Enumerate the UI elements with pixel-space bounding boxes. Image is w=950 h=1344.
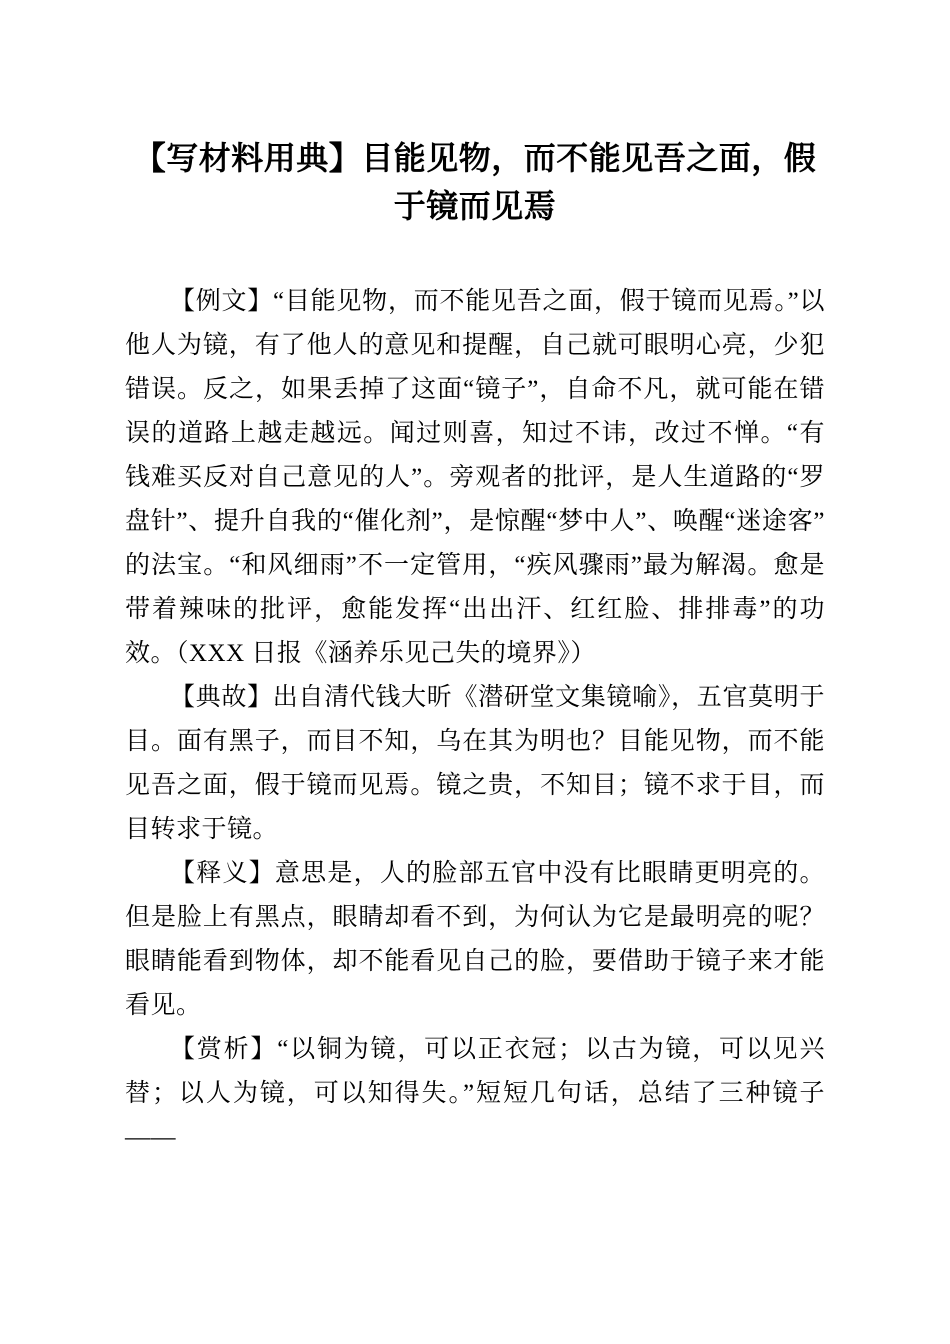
paragraph-appreciation: 【赏析】“以铜为镜，可以正衣冠；以古为镜，可以见兴替；以人为镜，可以知得失。”短… (125, 1028, 825, 1160)
paragraph-appreciation-label: 【赏析】 (170, 1036, 277, 1063)
paragraph-allusion: 【典故】出自清代钱大昕《潜研堂文集镜喻》，五官莫明于目。面有黑子，而目不知，乌在… (125, 676, 825, 852)
paragraph-example-label: 【例文】 (170, 288, 273, 315)
document-title: 【写材料用典】目能见物，而不能见吾之面，假于镜而见焉 (120, 134, 830, 230)
paragraph-example-text: “目能见物，而不能见吾之面，假于镜而见焉。”以他人为镜，有了他人的意见和提醒，自… (125, 288, 825, 667)
document-body: 【例文】“目能见物，而不能见吾之面，假于镜而见焉。”以他人为镜，有了他人的意见和… (125, 280, 825, 1160)
paragraph-interpretation-label: 【释义】 (170, 860, 275, 887)
paragraph-allusion-label: 【典故】 (170, 684, 273, 711)
paragraph-interpretation: 【释义】意思是，人的脸部五官中没有比眼睛更明亮的。但是脸上有黑点，眼睛却看不到，… (125, 852, 825, 1028)
paragraph-example: 【例文】“目能见物，而不能见吾之面，假于镜而见焉。”以他人为镜，有了他人的意见和… (125, 280, 825, 676)
document-page: 【写材料用典】目能见物，而不能见吾之面，假于镜而见焉 【例文】“目能见物，而不能… (0, 0, 950, 1344)
